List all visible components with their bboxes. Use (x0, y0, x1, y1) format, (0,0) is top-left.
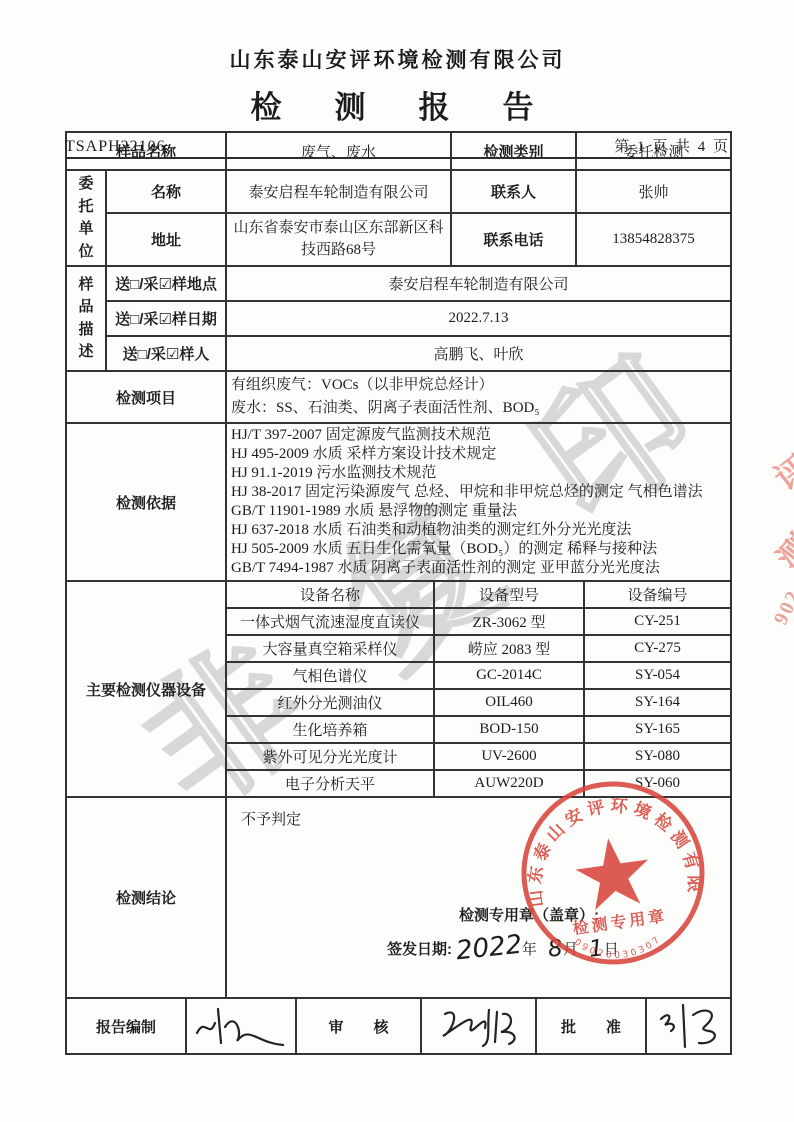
device-id: SY-164 (584, 689, 731, 716)
phone-label: 联系电话 (451, 213, 576, 266)
report-title: 检 测 报 告 (65, 82, 730, 127)
report-page: 非 复 印 山东泰山安评环境检测有限公司 检 测 报 告 TSAPH22106 … (0, 0, 794, 1122)
signature-scribble (431, 1002, 526, 1050)
device-model: GC-2014C (434, 662, 584, 689)
device-name: 紫外可见分光光度计 (226, 743, 434, 770)
test-items-content: 有组织废气：VOCs（以非甲烷总烃计） 废水：SS、石油类、阴离子表面活性剂、B… (226, 371, 731, 423)
device-model-header: 设备型号 (434, 581, 584, 608)
prepared-by-label: 报告编制 (66, 998, 186, 1054)
handwritten-month: 8 (548, 948, 563, 950)
device-id: CY-251 (584, 608, 731, 635)
device-id: SY-054 (584, 662, 731, 689)
sample-desc-group-label: 样 品 描 述 (66, 266, 106, 371)
company-title: 山东泰山安评环境检测有限公司 (65, 44, 730, 74)
device-name: 电子分析天平 (226, 770, 434, 797)
device-name: 一体式烟气流速湿度直读仪 (226, 608, 434, 635)
signature-scribble (191, 1003, 291, 1049)
test-basis-content: HJ/T 397-2007 固定源废气监测技术规范 HJ 495-2009 水质… (226, 423, 731, 581)
device-id: SY-060 (584, 770, 731, 797)
conclusion-section: 检测结论 不予判定 检测专用章（盖章）: 签发日期: 2022年 8月 1日 (65, 796, 732, 999)
document-number: TSAPH22106 (65, 138, 166, 156)
address-value: 山东省泰安市泰山区东部新区科技西路68号 (226, 213, 451, 266)
basis-line: HJ 637-2018 水质 石油类和动植物油类的测定红外分光光度法 (231, 521, 726, 540)
client-name-value: 泰安启程车轮制造有限公司 (226, 170, 451, 213)
contact-value: 张帅 (576, 170, 731, 213)
device-model: ZR-3062 型 (434, 608, 584, 635)
test-basis-label: 检测依据 (66, 423, 226, 581)
sample-desc-section: 样 品 描 述 送□/采☑样地点 泰安启程车轮制造有限公司 送□/采☑样日期 2… (65, 265, 732, 372)
basis-line: HJ/T 397-2007 固定源废气监测技术规范 (231, 426, 726, 445)
device-model: AUW220D (434, 770, 584, 797)
conclusion-verdict: 不予判定 (241, 808, 301, 829)
sampling-person-value: 高鹏飞、叶欣 (226, 336, 731, 371)
instruments-section: 主要检测仪器设备 设备名称 设备型号 设备编号 一体式烟气流速湿度直读仪 ZR-… (65, 580, 732, 798)
month-suffix: 月 (563, 942, 578, 958)
issue-date-line: 签发日期: 2022年 8月 1日 (387, 938, 619, 959)
device-id: SY-080 (584, 743, 731, 770)
client-name-label: 名称 (106, 170, 226, 213)
basis-line: HJ 495-2009 水质 采样方案设计技术规定 (231, 445, 726, 464)
day-suffix: 日 (604, 942, 619, 958)
device-model: OIL460 (434, 689, 584, 716)
basis-line: HJ 91.1-2019 污水监测技术规范 (231, 464, 726, 483)
report-header: 山东泰山安评环境检测有限公司 检 测 报 告 TSAPH22106 第 1 页 … (65, 44, 730, 159)
phone-value: 13854828375 (576, 213, 731, 266)
device-id-header: 设备编号 (584, 581, 731, 608)
basis-line: HJ 505-2009 水质 五日生化需氧量（BOD₅）的测定 稀释与接种法 (231, 540, 726, 559)
sampling-place-label: 送□/采☑样地点 (106, 266, 226, 301)
test-items-section: 检测项目 有组织废气：VOCs（以非甲烷总烃计） 废水：SS、石油类、阴离子表面… (65, 370, 732, 424)
seal-here-label: 检测专用章（盖章）: (459, 904, 599, 925)
instruments-label: 主要检测仪器设备 (66, 581, 226, 797)
sampling-date-label: 送□/采☑样日期 (106, 301, 226, 336)
signature-row: 报告编制 审 核 批 准 (65, 997, 732, 1055)
signature-scribble (653, 1001, 725, 1051)
conclusion-label: 检测结论 (66, 797, 226, 998)
header-meta-rule: TSAPH22106 第 1 页 共 4 页 (65, 135, 730, 159)
contact-label: 联系人 (451, 170, 576, 213)
device-model: 崂应 2083 型 (434, 635, 584, 662)
test-basis-section: 检测依据 HJ/T 397-2007 固定源废气监测技术规范 HJ 495-20… (65, 422, 732, 582)
device-name: 气相色谱仪 (226, 662, 434, 689)
issue-date-label: 签发日期: (387, 941, 452, 958)
client-group-label: 委 托 单 位 (66, 170, 106, 266)
basis-line: GB/T 7494-1987 水质 阴离子表面活性剂的测定 亚甲蓝分光光度法 (231, 559, 726, 578)
device-id: CY-275 (584, 635, 731, 662)
approved-by-signature (646, 998, 731, 1054)
year-suffix: 年 (522, 942, 537, 958)
device-model: UV-2600 (434, 743, 584, 770)
device-name: 生化培养箱 (226, 716, 434, 743)
reviewed-by-label: 审 核 (296, 998, 421, 1054)
sampling-date-value: 2022.7.13 (226, 301, 731, 336)
device-id: SY-165 (584, 716, 731, 743)
approved-by-label: 批 准 (536, 998, 646, 1054)
basis-line: GB/T 11901-1989 水质 悬浮物的测定 重量法 (231, 502, 726, 521)
handwritten-day: 1 (589, 948, 604, 950)
reviewed-by-signature (421, 998, 536, 1054)
handwritten-year: 2022 (456, 945, 522, 952)
conclusion-content: 不予判定 检测专用章（盖章）: 签发日期: 2022年 8月 1日 (227, 800, 730, 995)
test-items-label: 检测项目 (66, 371, 226, 423)
client-section: 委 托 单 位 名称 泰安启程车轮制造有限公司 联系人 张帅 地址 山东省泰安市… (65, 169, 732, 267)
device-name: 大容量真空箱采样仪 (226, 635, 434, 662)
sampling-person-label: 送□/采☑样人 (106, 336, 226, 371)
prepared-by-signature (186, 998, 296, 1054)
test-items-line: 废水：SS、石油类、阴离子表面活性剂、BOD₅ (231, 397, 726, 420)
page-indicator: 第 1 页 共 4 页 (614, 135, 730, 156)
basis-line: HJ 38-2017 固定污染源废气 总烃、甲烷和非甲烷总烃的测定 气相色谱法 (231, 483, 726, 502)
device-model: BOD-150 (434, 716, 584, 743)
test-items-line: 有组织废气：VOCs（以非甲烷总烃计） (231, 374, 726, 397)
device-name-header: 设备名称 (226, 581, 434, 608)
device-name: 红外分光测油仪 (226, 689, 434, 716)
sampling-place-value: 泰安启程车轮制造有限公司 (226, 266, 731, 301)
address-label: 地址 (106, 213, 226, 266)
